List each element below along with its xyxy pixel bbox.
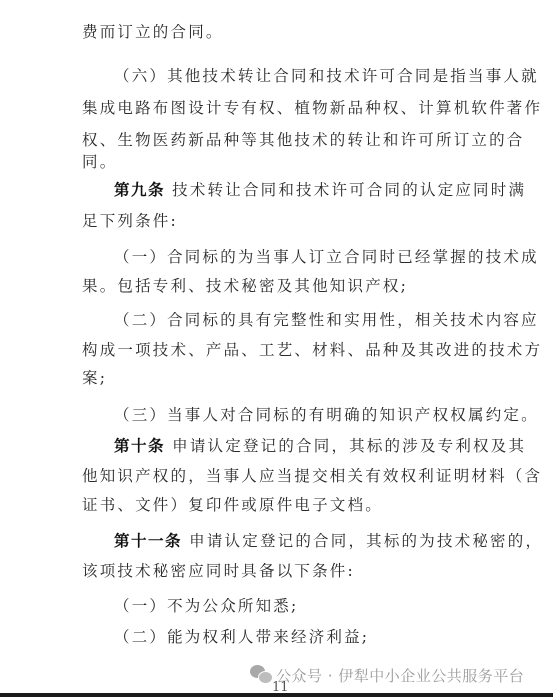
text-line: 他知识产权的，当事人应当提交相关有效权利证明材料（含	[82, 466, 474, 486]
watermark-text: 公众号 · 伊犁中小企业公共服务平台	[276, 665, 524, 686]
article-label: 第九条	[114, 180, 165, 199]
wechat-icon	[250, 665, 272, 685]
text-line: （六）其他技术转让合同和技术许可合同是指当事人就	[114, 66, 474, 86]
text-line: 该项技术秘密应同时具备以下条件:	[82, 561, 474, 581]
text-line: （一）合同标的为当事人订立合同时已经掌握的技术成	[114, 247, 474, 267]
text-line: 足下列条件:	[82, 211, 474, 231]
text-line: 费而订立的合同。	[82, 22, 474, 42]
page-bottom-border	[0, 693, 553, 697]
text-line: （一）不为公众所知悉;	[114, 596, 474, 616]
watermark: 公众号 · 伊犁中小企业公共服务平台	[250, 664, 524, 686]
text-line: （二）能为权利人带来经济利益;	[114, 627, 474, 647]
text-line: 证书、文件）复印件或原件电子文档。	[82, 495, 474, 515]
article-label: 第十条	[114, 436, 165, 455]
text-line: （三）当事人对合同标的有明确的知识产权权属约定。	[114, 405, 474, 425]
document-page: 费而订立的合同。 （六）其他技术转让合同和技术许可合同是指当事人就 集成电路布图…	[0, 0, 553, 697]
article-9-heading: 第九条 技术转让合同和技术许可合同的认定应同时满	[114, 180, 474, 200]
text-line: （二）合同标的具有完整性和实用性，相关技术内容应	[114, 310, 474, 330]
text-line: 果。包括专利、技术秘密及其他知识产权;	[82, 276, 474, 296]
article-label: 第十一条	[114, 531, 182, 550]
article-10-heading: 第十条 申请认定登记的合同，其标的涉及专利权及其	[114, 436, 474, 456]
text-line: 案;	[82, 368, 474, 388]
article-11-heading: 第十一条 申请认定登记的合同，其标的为技术秘密的，	[114, 531, 474, 551]
text-line: 权、生物医药新品种等其他技术的转让和许可所订立的合	[82, 130, 474, 150]
text-line: 构成一项技术、产品、工艺、材料、品种及其改进的技术方	[82, 340, 474, 360]
text-line: 同。	[82, 152, 474, 172]
text-line: 集成电路布图设计专有权、植物新品种权、计算机软件著作	[82, 98, 474, 118]
